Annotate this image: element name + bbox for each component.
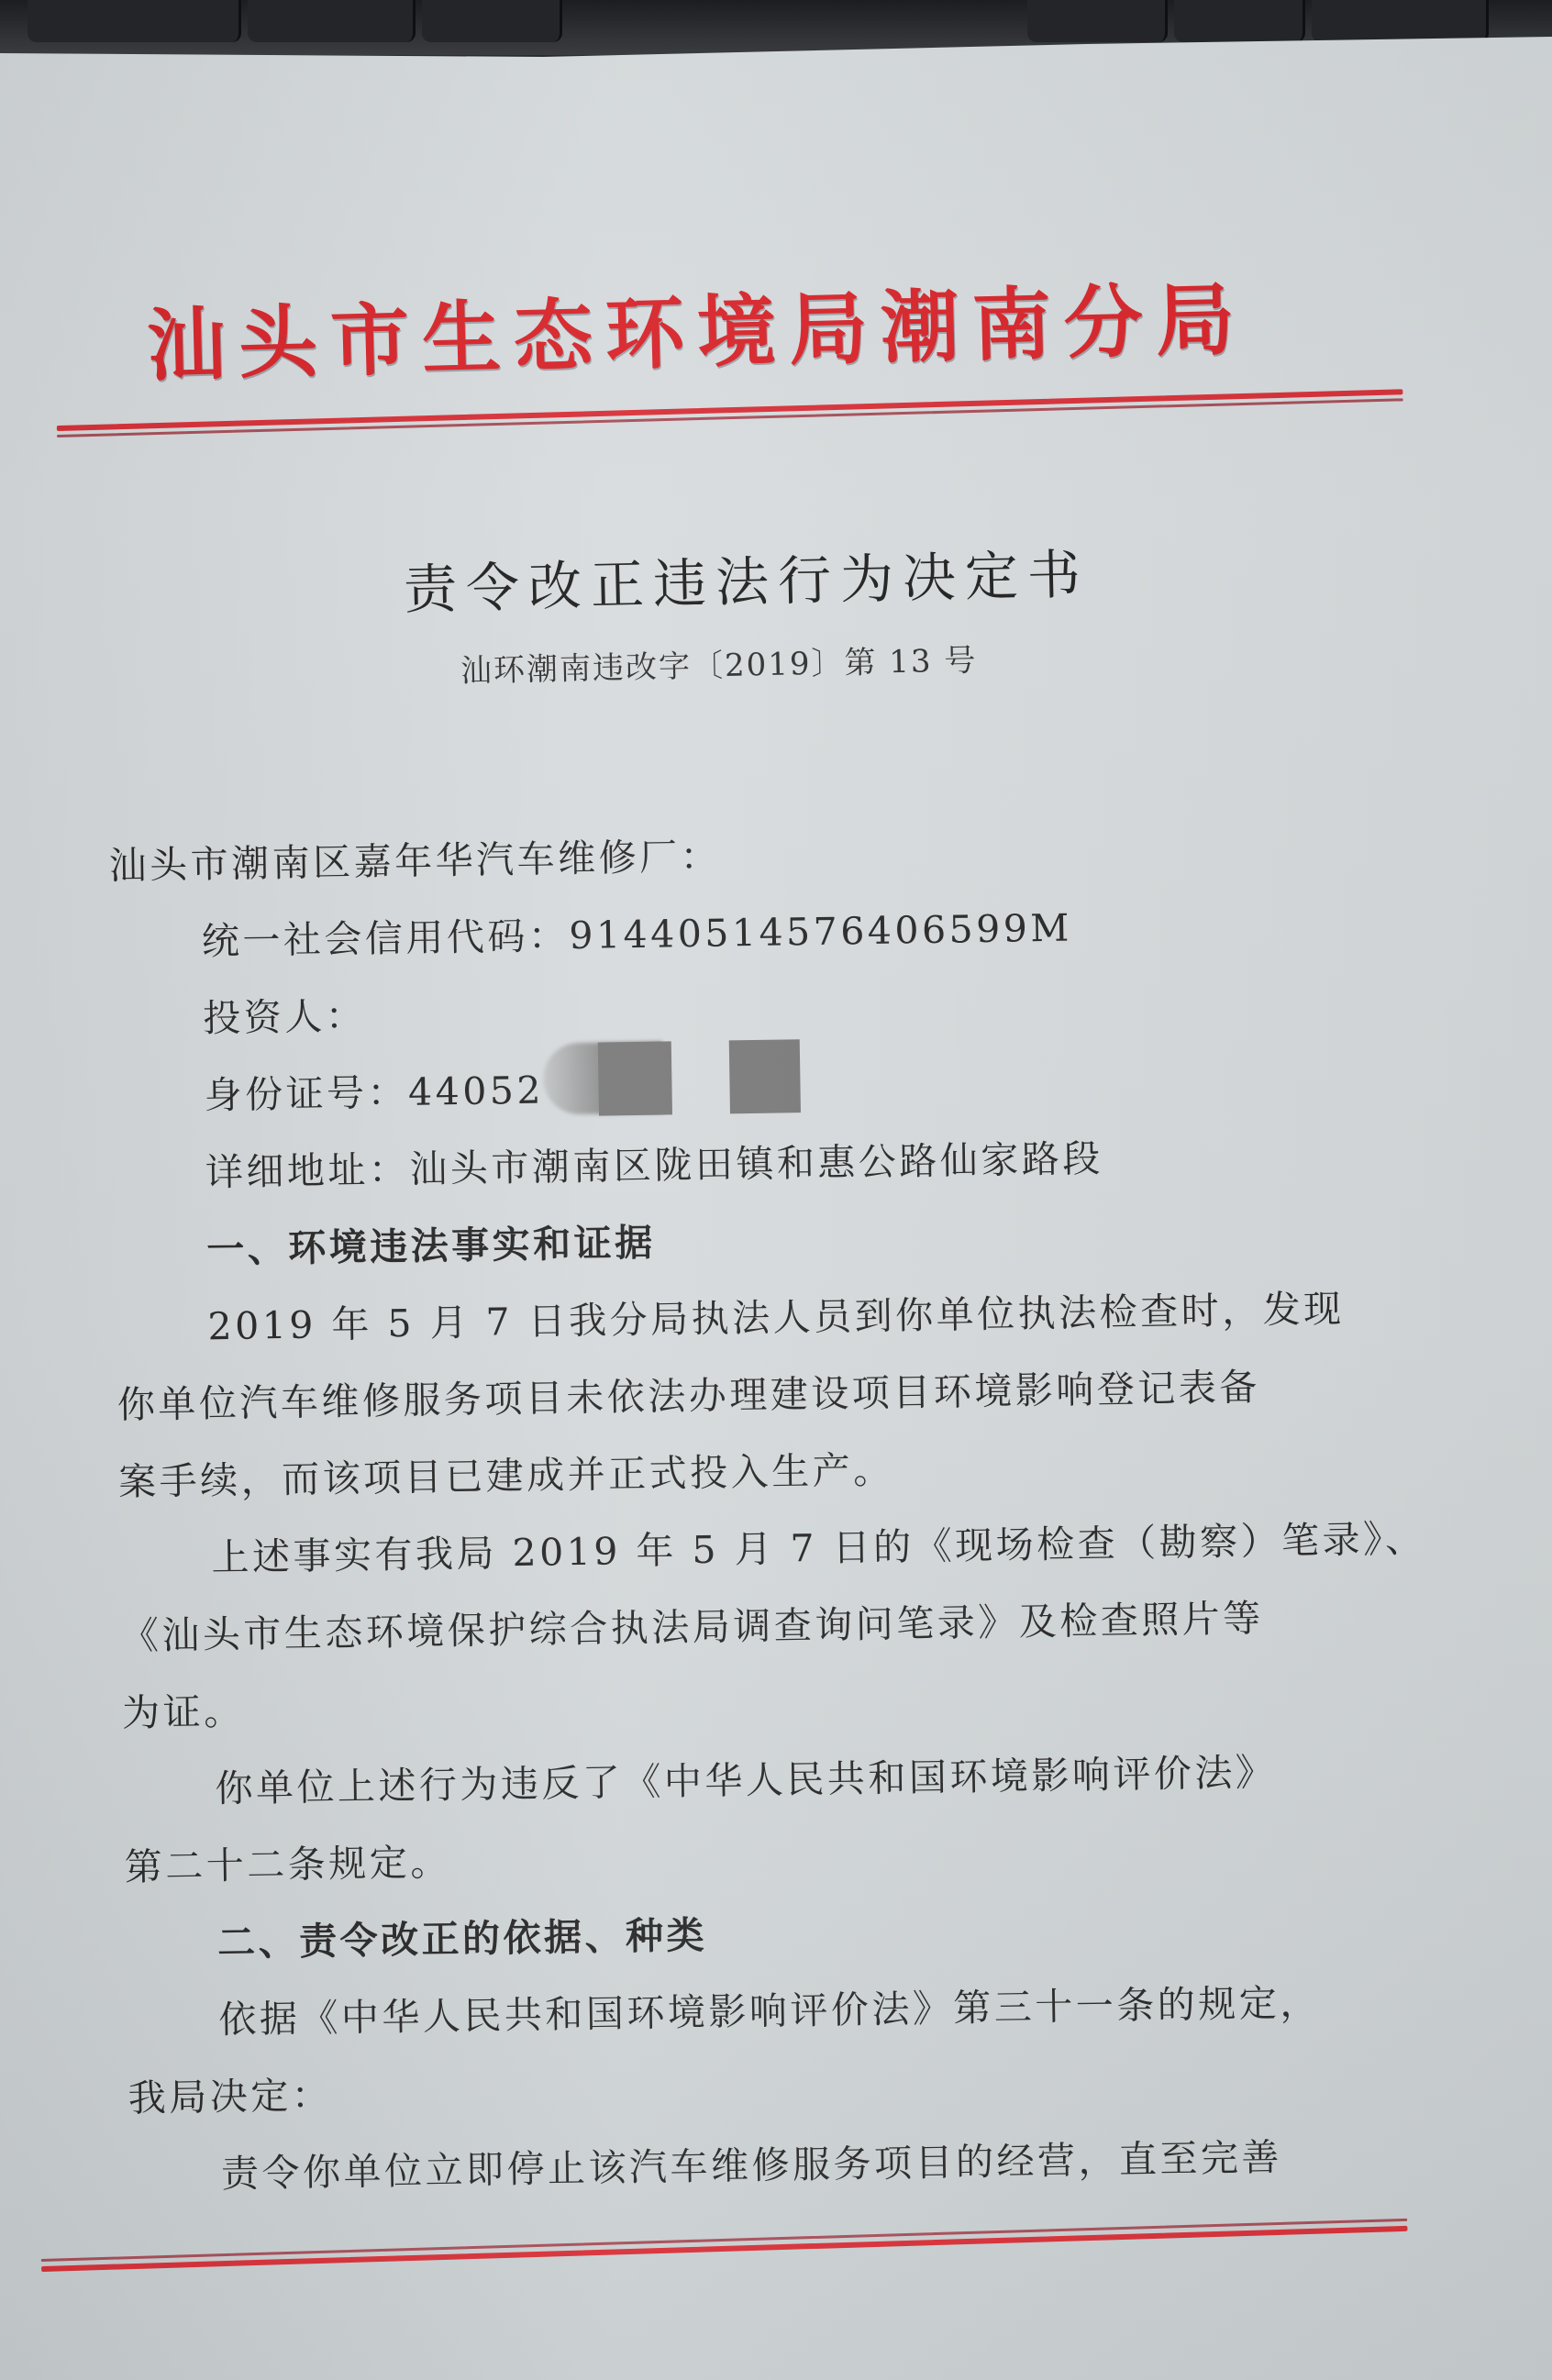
credit-code-label: 统一社会信用代码： — [202, 913, 570, 963]
investor-label: 投资人： — [203, 994, 367, 1041]
keyboard-key-shape — [248, 0, 416, 42]
keyboard-key-shape — [1174, 0, 1305, 42]
agency-letterhead: 汕头市生态环境局潮南分局 — [145, 254, 1331, 396]
red-rule-thick — [57, 389, 1403, 431]
keyboard-key-shape — [28, 0, 241, 42]
document-body: 汕头市潮南区嘉年华汽车维修厂： 统一社会信用代码：914405145764065… — [108, 807, 1433, 2214]
keyboard-key-shape — [422, 0, 562, 42]
document-page: 汕头市生态环境局潮南分局 责令改正违法行为决定书 汕环潮南违改字〔2019〕第 … — [0, 37, 1552, 2380]
credit-code-value: 91440514576406599M — [569, 906, 1072, 958]
document-number: 汕环潮南违改字〔2019〕第 13 号 — [460, 635, 977, 691]
address-value: 汕头市潮南区陇田镇和惠公路仙家路段 — [409, 1136, 1103, 1191]
red-rule-thin — [57, 398, 1403, 437]
footer-red-rule — [41, 2219, 1408, 2272]
redaction-block — [598, 1041, 672, 1115]
redaction-mask — [543, 1039, 810, 1117]
keyboard-key-shape — [1027, 0, 1168, 42]
keyboard-key-shape — [1312, 0, 1489, 42]
red-rule-thin — [41, 2219, 1407, 2262]
id-number-label: 身份证号： — [204, 1070, 408, 1117]
redaction-block — [729, 1039, 801, 1113]
document-title: 责令改正违法行为决定书 — [403, 531, 1091, 624]
red-rule-thick — [41, 2226, 1408, 2272]
id-number-visible: 44052 — [408, 1068, 545, 1114]
address-label: 详细地址： — [205, 1147, 410, 1194]
letterhead-red-rule — [57, 389, 1403, 438]
